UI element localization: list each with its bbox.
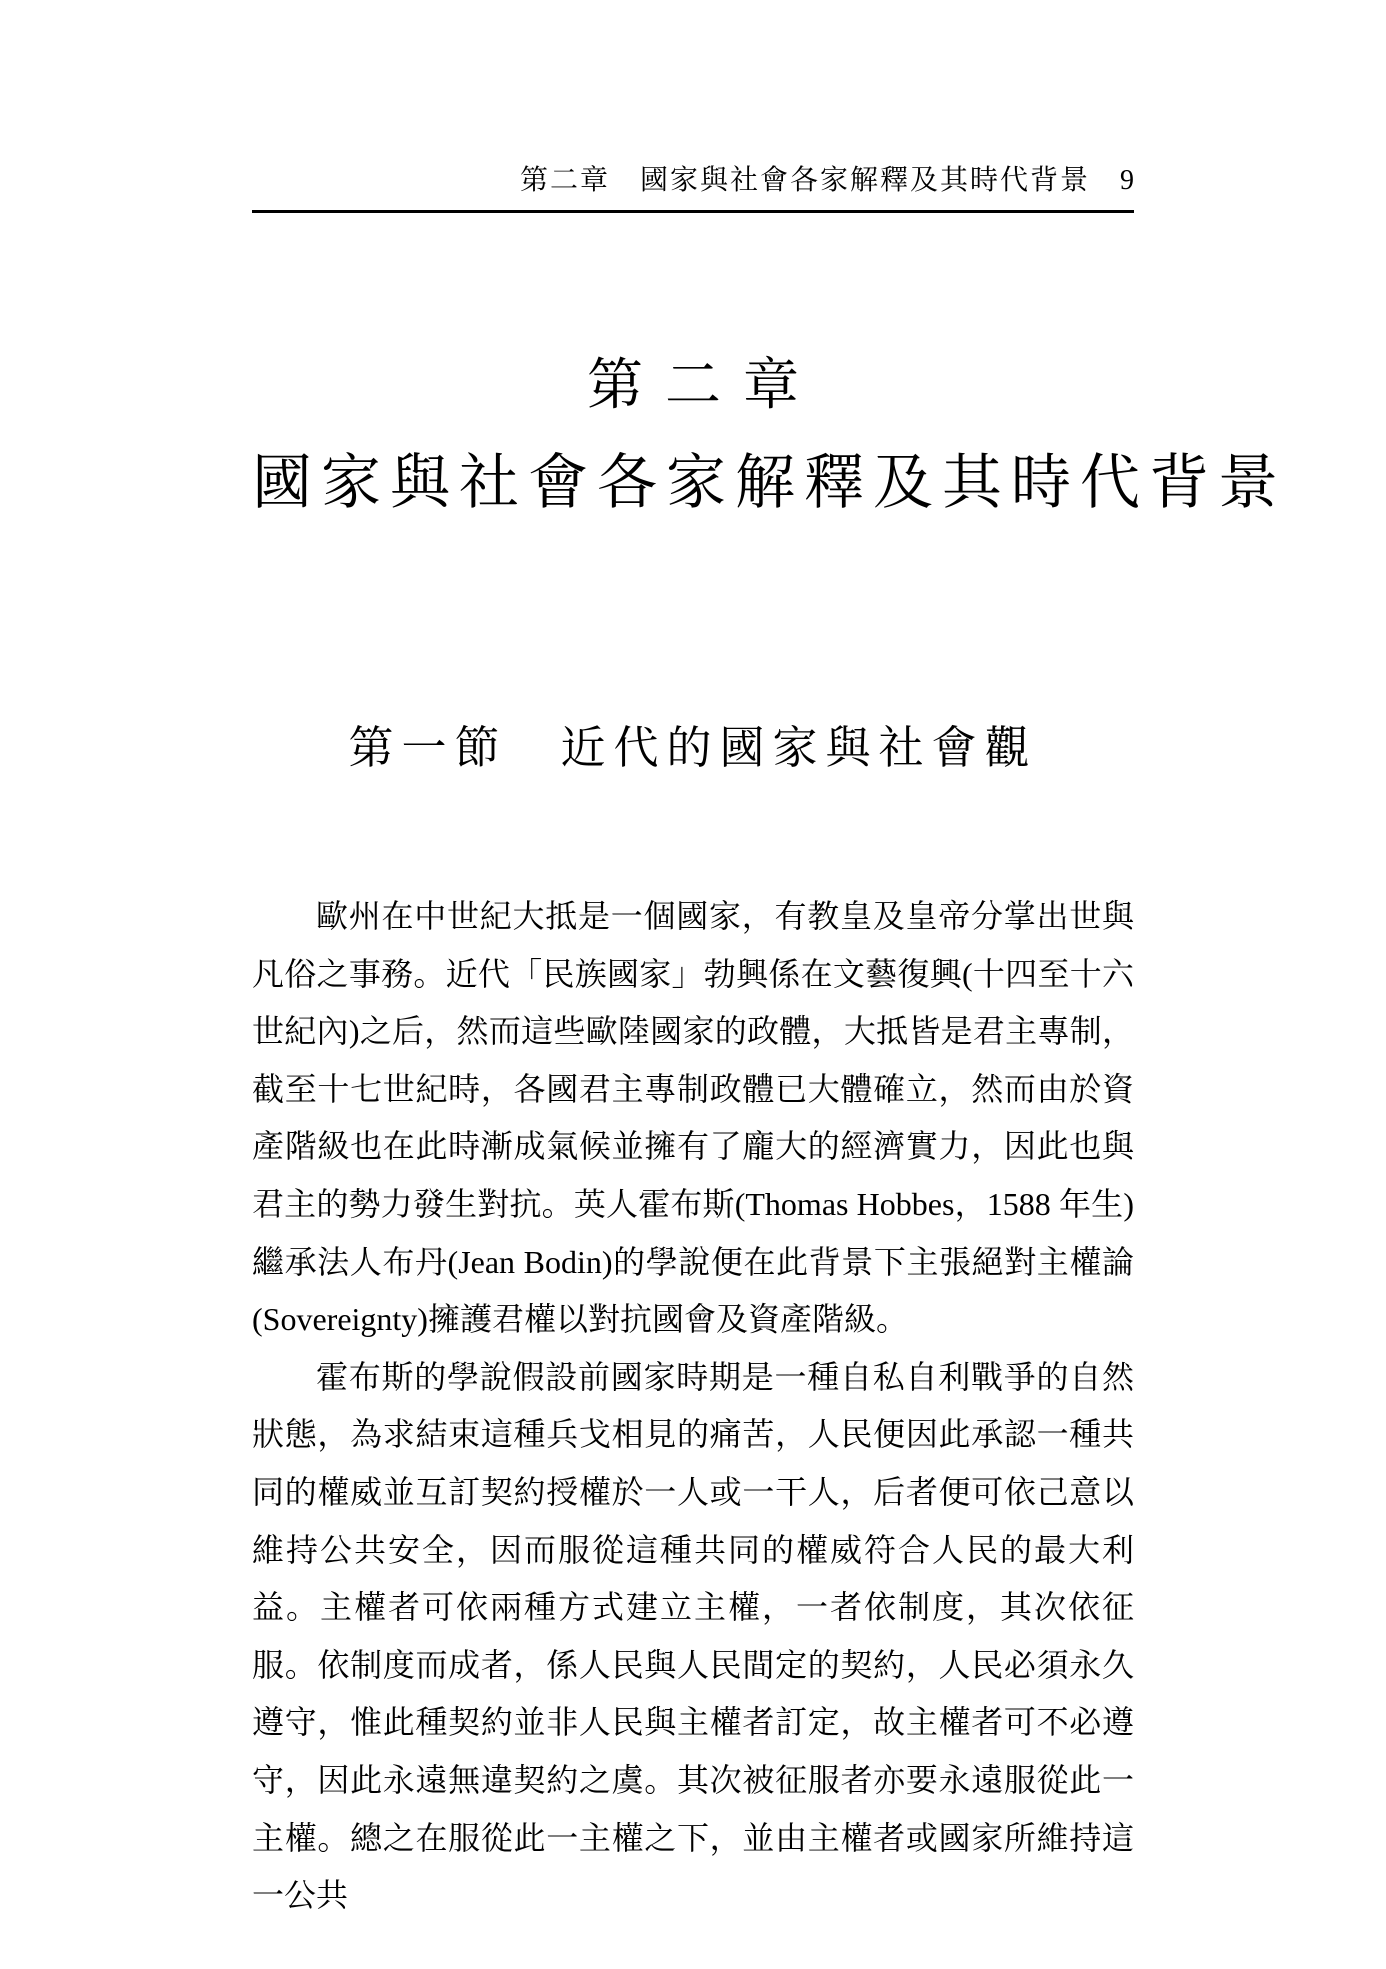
body-text: 歐州在中世紀大抵是一個國家，有教皇及皇帝分掌出世與凡俗之事務。近代「民族國家」勃… bbox=[252, 888, 1134, 1925]
paragraph: 霍布斯的學說假設前國家時期是一種自私自利戰爭的自然狀態，為求結束這種兵戈相見的痛… bbox=[252, 1349, 1134, 1925]
book-page: 第二章 國家與社會各家解釋及其時代背景 9 第二章 國家與社會各家解釋及其時代背… bbox=[0, 0, 1386, 1969]
chapter-title: 國家與社會各家解釋及其時代背景 bbox=[252, 435, 1134, 521]
paragraph: 歐州在中世紀大抵是一個國家，有教皇及皇帝分掌出世與凡俗之事務。近代「民族國家」勃… bbox=[252, 888, 1134, 1349]
chapter-number: 第二章 bbox=[252, 341, 1134, 421]
page-content: 第二章 國家與社會各家解釋及其時代背景 9 第二章 國家與社會各家解釋及其時代背… bbox=[252, 0, 1134, 1925]
section-heading: 第一節 近代的國家與社會觀 bbox=[252, 711, 1134, 776]
page-number: 9 bbox=[1120, 165, 1134, 197]
running-header: 第二章 國家與社會各家解釋及其時代背景 9 bbox=[252, 158, 1134, 213]
running-title: 第二章 國家與社會各家解釋及其時代背景 bbox=[520, 158, 1090, 198]
